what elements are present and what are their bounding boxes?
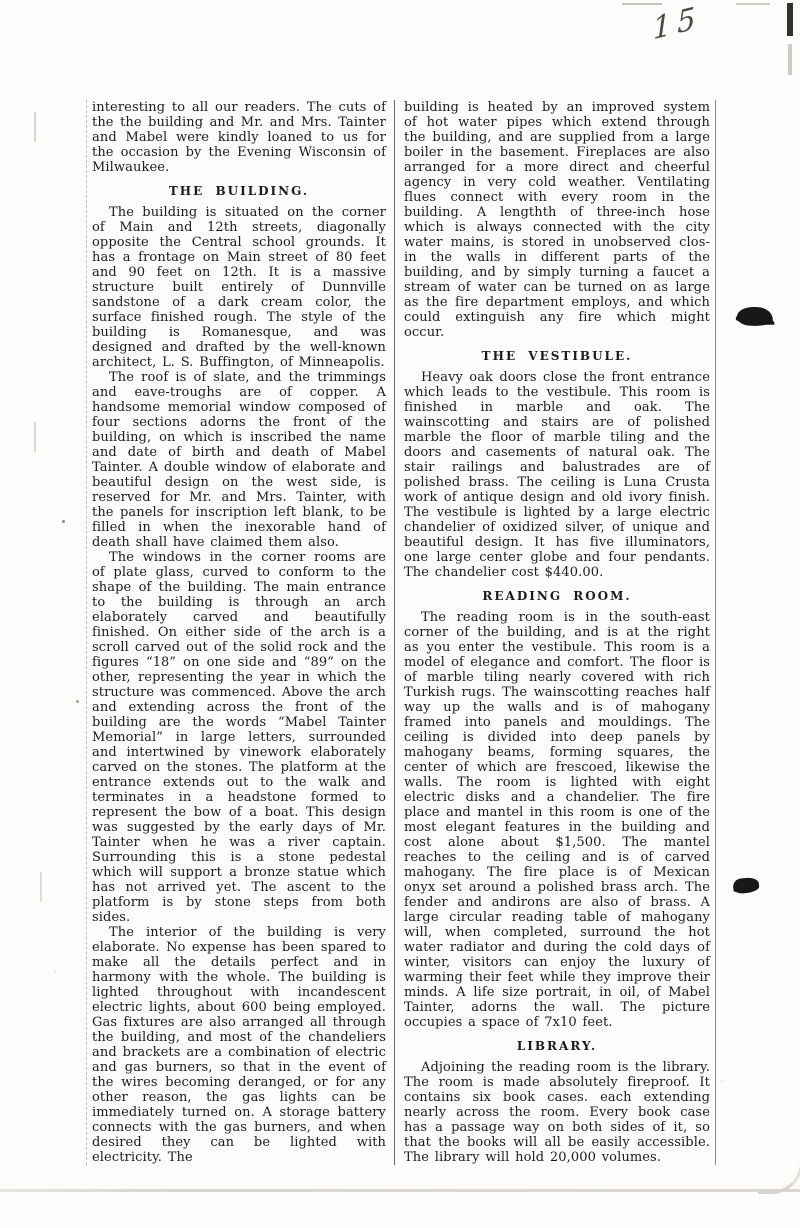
article-paragraph: The reading room is in the south-east co… — [404, 610, 710, 1030]
section-heading: THE VESTIBULE. — [404, 349, 710, 364]
article-paragraph: building is heated by an improved system… — [404, 100, 710, 340]
article-paragraph: interesting to all our readers. The cuts… — [92, 100, 386, 175]
article-columns: interesting to all our readers. The cuts… — [86, 100, 716, 1165]
article-column-right: building is heated by an improved system… — [394, 100, 716, 1165]
scan-edge-dash — [34, 112, 36, 142]
article-paragraph: The roof is of slate, and the trimmings … — [92, 370, 386, 550]
page-corner-curve — [758, 1150, 800, 1194]
article-paragraph: Heavy oak doors close the front entrance… — [404, 370, 710, 580]
article-paragraph: The interior of the building is very ela… — [92, 925, 386, 1165]
newspaper-scan-page: 15 interesting to all our readers. The c… — [0, 0, 800, 1228]
ink-smudge — [736, 306, 773, 327]
scan-edge-dash — [622, 3, 662, 5]
article-paragraph: The windows in the corner rooms are of p… — [92, 550, 386, 925]
article-paragraph: Adjoining the reading room is the librar… — [404, 1060, 710, 1165]
paper-speck — [62, 520, 65, 523]
handwritten-page-number: 15 — [652, 0, 702, 47]
section-heading: THE BUILDING. — [92, 184, 386, 199]
article-paragraph: The building is situated on the corner o… — [92, 205, 386, 370]
ink-smudge — [732, 877, 759, 895]
scan-edge-mark — [787, 3, 793, 36]
page-bottom-edge — [0, 1189, 800, 1192]
section-heading: LIBRARY. — [404, 1039, 710, 1054]
scan-edge-dash — [736, 3, 770, 5]
article-column-left: interesting to all our readers. The cuts… — [86, 100, 394, 1165]
section-heading: READING ROOM. — [404, 589, 710, 604]
